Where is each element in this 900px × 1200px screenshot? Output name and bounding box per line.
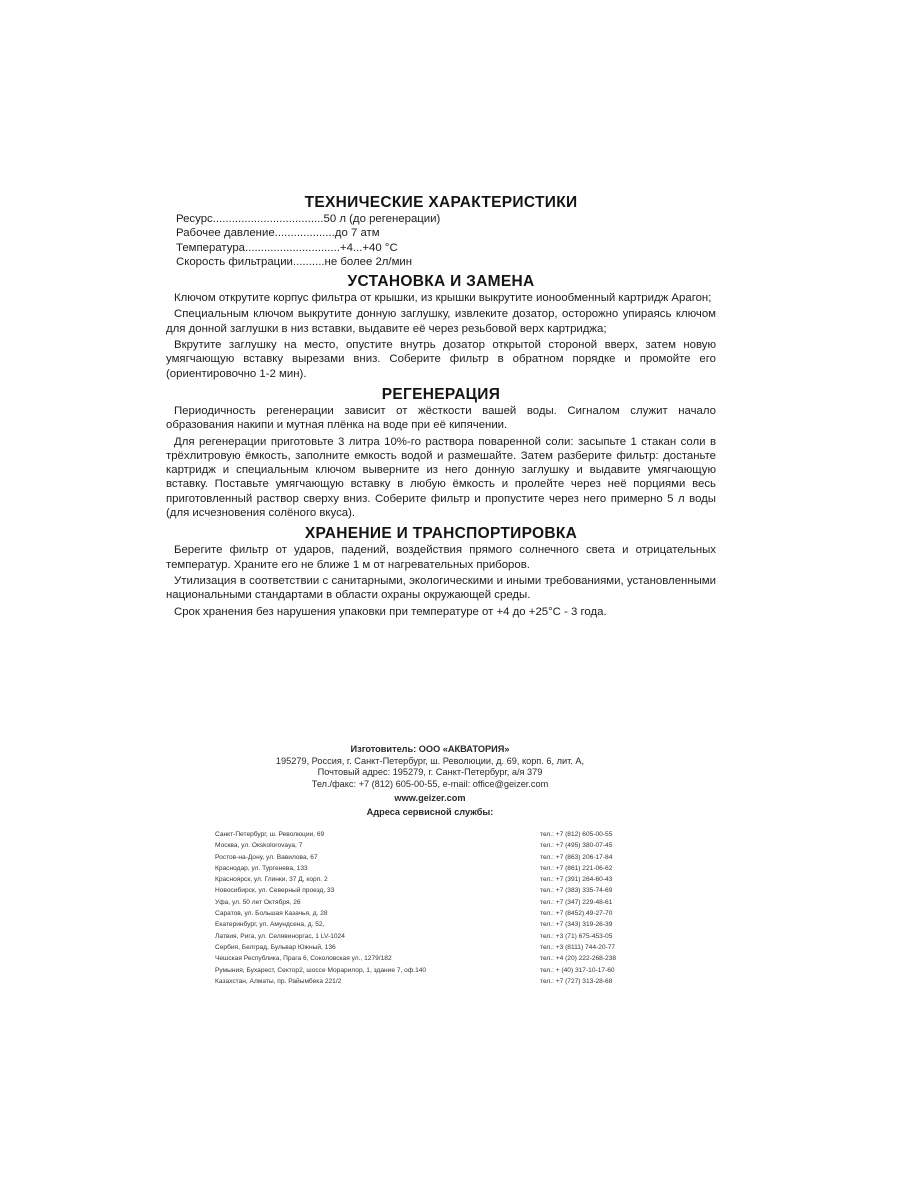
- install-heading: УСТАНОВКА И ЗАМЕНА: [166, 272, 716, 291]
- service-center-phone: тел.: +7 (8452) 49-27-70: [540, 908, 635, 919]
- service-center-phone: тел.: +7 (383) 335-74-69: [540, 885, 635, 896]
- service-center-row: Новосибирск, ул. Северный проезд, 33тел.…: [215, 885, 635, 896]
- paragraph: Для регенерации приготовьте 3 литра 10%-…: [166, 435, 716, 521]
- regeneration-heading: РЕГЕНЕРАЦИЯ: [166, 385, 716, 404]
- service-title: Адреса сервисной службы:: [210, 807, 650, 819]
- service-center-phone: тел.: +7 (861) 221-06-62: [540, 863, 635, 874]
- service-center-address: Румыния, Бухарест, Сектор2, шоссе Морари…: [215, 965, 525, 976]
- service-center-address: Саратов, ул. Большая Казачья, д. 28: [215, 908, 525, 919]
- service-center-phone: тел.: +7 (812) 605-00-55: [540, 829, 635, 840]
- service-center-address: Красноярск, ул. Глинки, 37 Д, корп. 2: [215, 874, 525, 885]
- paragraph: Вкрутите заглушку на место, опустите вну…: [166, 338, 716, 381]
- service-center-address: Чешская Республика, Прага 6, Соколовская…: [215, 953, 525, 964]
- spec-row: Рабочее давление...................до 7 …: [176, 226, 716, 240]
- service-center-phone: тел.: +7 (391) 264-60-43: [540, 874, 635, 885]
- service-center-row: Санкт-Петербург, ш. Революции, 69тел.: +…: [215, 829, 635, 840]
- service-center-row: Москва, ул. Окskolorovaya, 7тел.: +7 (49…: [215, 840, 635, 851]
- instruction-sheet: ТЕХНИЧЕСКИЕ ХАРАКТЕРИСТИКИ Ресурс.......…: [166, 193, 716, 621]
- service-centers-list: Санкт-Петербург, ш. Революции, 69тел.: +…: [215, 829, 635, 987]
- storage-heading: ХРАНЕНИЕ И ТРАНСПОРТИРОВКА: [166, 524, 716, 543]
- service-center-address: Краснодар, ул. Тургенева, 133: [215, 863, 525, 874]
- service-center-row: Екатеринбург, ул. Амундсена, д. 52,тел.:…: [215, 919, 635, 930]
- manufacturer-postal: Почтовый адрес: 195279, г. Санкт-Петербу…: [210, 767, 650, 779]
- service-center-row: Румыния, Бухарест, Сектор2, шоссе Морари…: [215, 965, 635, 976]
- service-center-row: Чешская Республика, Прага 6, Соколовская…: [215, 953, 635, 964]
- specs-heading: ТЕХНИЧЕСКИЕ ХАРАКТЕРИСТИКИ: [166, 193, 716, 212]
- service-center-phone: тел.: +7 (347) 229-48-61: [540, 897, 635, 908]
- service-center-address: Казахстан, Алматы, пр. Райымбека 221/2: [215, 976, 525, 987]
- service-center-phone: тел.: + (40) 317-10-17-60: [540, 965, 635, 976]
- service-center-row: Сербия, Белград, Бульвар Южный, 136тел.:…: [215, 942, 635, 953]
- service-center-address: Новосибирск, ул. Северный проезд, 33: [215, 885, 525, 896]
- manufacturer-contacts: Тел./факс: +7 (812) 605-00-55, e-mail: o…: [210, 779, 650, 791]
- service-center-address: Москва, ул. Окskolorovaya, 7: [215, 840, 525, 851]
- service-center-row: Краснодар, ул. Тургенева, 133тел.: +7 (8…: [215, 863, 635, 874]
- service-center-phone: тел.: +7 (727) 313-28-68: [540, 976, 635, 987]
- service-center-address: Уфа, ул. 50 лет Октября, 26: [215, 897, 525, 908]
- storage-text: Берегите фильтр от ударов, падений, возд…: [166, 543, 716, 618]
- service-center-phone: тел.: +7 (863) 206-17-84: [540, 852, 635, 863]
- service-center-phone: тел.: +7 (343) 319-26-39: [540, 919, 635, 930]
- service-center-address: Латвия, Рига, ул. Селявиноргас, 1 LV-102…: [215, 931, 525, 942]
- paragraph: Периодичность регенерации зависит от жёс…: [166, 404, 716, 433]
- specs-list: Ресурс..................................…: [176, 212, 716, 269]
- service-center-row: Латвия, Рига, ул. Селявиноргас, 1 LV-102…: [215, 931, 635, 942]
- paragraph: Берегите фильтр от ударов, падений, возд…: [166, 543, 716, 572]
- manufacturer-name: Изготовитель: ООО «АКВАТОРИЯ»: [210, 744, 650, 756]
- service-center-address: Санкт-Петербург, ш. Революции, 69: [215, 829, 525, 840]
- service-center-address: Екатеринбург, ул. Амундсена, д. 52,: [215, 919, 525, 930]
- service-center-row: Красноярск, ул. Глинки, 37 Д, корп. 2тел…: [215, 874, 635, 885]
- service-center-row: Ростов-на-Дону, ул. Вавилова, 67тел.: +7…: [215, 852, 635, 863]
- service-center-row: Саратов, ул. Большая Казачья, д. 28тел.:…: [215, 908, 635, 919]
- manufacturer-address: 195279, Россия, г. Санкт-Петербург, ш. Р…: [210, 756, 650, 768]
- service-center-phone: тел.: +3 (8111) 744-20-77: [540, 942, 635, 953]
- paragraph: Ключом открутите корпус фильтра от крышк…: [166, 291, 716, 305]
- paragraph: Специальным ключом выкрутите донную загл…: [166, 307, 716, 336]
- paragraph: Утилизация в соответствии с санитарными,…: [166, 574, 716, 603]
- service-center-row: Казахстан, Алматы, пр. Райымбека 221/2те…: [215, 976, 635, 987]
- service-center-address: Ростов-на-Дону, ул. Вавилова, 67: [215, 852, 525, 863]
- service-center-phone: тел.: +7 (495) 380-07-45: [540, 840, 635, 851]
- manufacturer-website[interactable]: www.geizer.com: [210, 793, 650, 805]
- service-center-row: Уфа, ул. 50 лет Октября, 26тел.: +7 (347…: [215, 897, 635, 908]
- service-center-phone: тел.: +3 (71) 675-453-05: [540, 931, 635, 942]
- spec-row: Температура.............................…: [176, 241, 716, 255]
- regeneration-text: Периодичность регенерации зависит от жёс…: [166, 404, 716, 520]
- service-center-phone: тел.: +4 (20) 222-268-238: [540, 953, 635, 964]
- manufacturer-block: Изготовитель: ООО «АКВАТОРИЯ» 195279, Ро…: [210, 744, 650, 818]
- paragraph: Срок хранения без нарушения упаковки при…: [166, 605, 716, 619]
- spec-row: Скорость фильтрации..........не более 2л…: [176, 255, 716, 269]
- service-center-address: Сербия, Белград, Бульвар Южный, 136: [215, 942, 525, 953]
- spec-row: Ресурс..................................…: [176, 212, 716, 226]
- install-text: Ключом открутите корпус фильтра от крышк…: [166, 291, 716, 381]
